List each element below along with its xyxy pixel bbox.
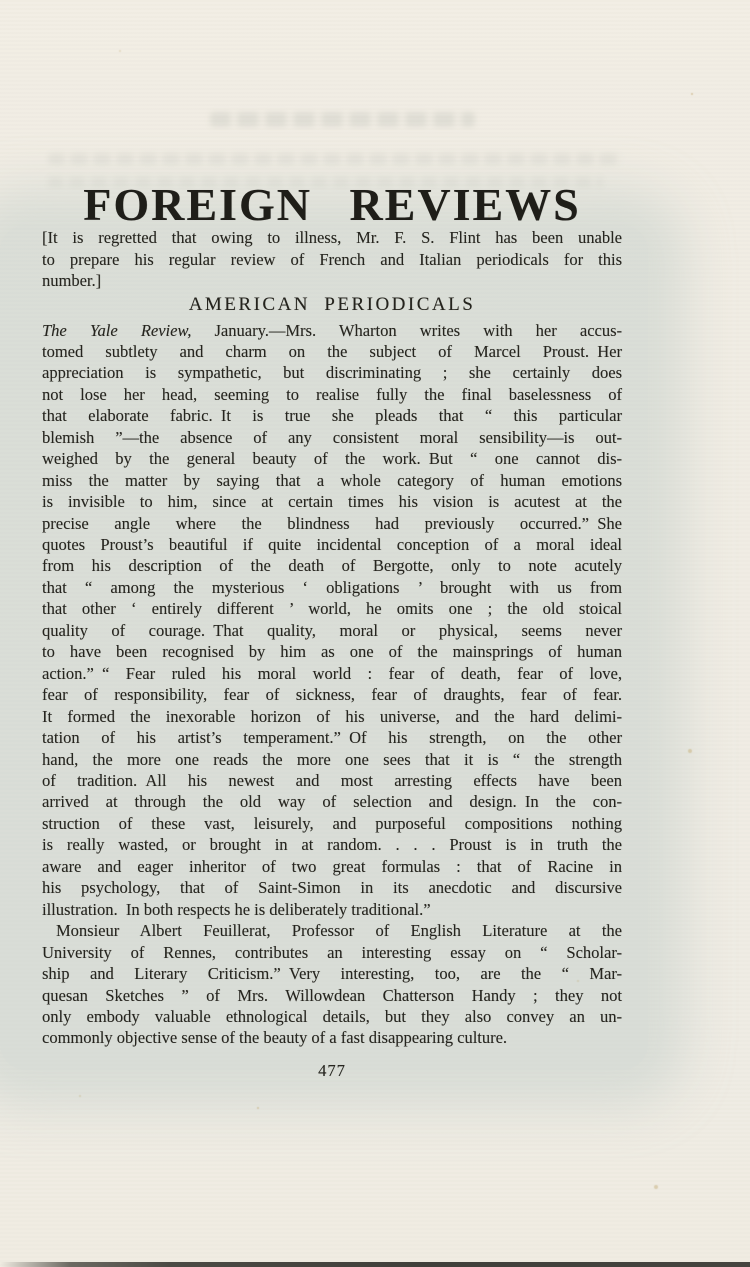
text-line: ship and Literary Criticism.” Very inter… (42, 963, 622, 984)
text-line: weighed by the general beauty of the wor… (42, 448, 622, 469)
show-through-heading (210, 112, 475, 127)
text-line: his psychology, that of Saint-Simon in i… (42, 877, 622, 898)
text-line: number.] (42, 270, 622, 292)
text-line: It formed the inexorable horizon of his … (42, 706, 622, 727)
text-line: quality of courage. That quality, moral … (42, 620, 622, 641)
text-line: aware and eager inheritor of two great f… (42, 856, 622, 877)
text-line: quesan Sketches ” of Mrs. Willowdean Cha… (42, 985, 622, 1006)
text-line: University of Rennes, contributes an int… (42, 942, 622, 963)
text-line: action.” “ Fear ruled his moral world : … (42, 663, 622, 684)
text-line: fear of responsibility, fear of sickness… (42, 684, 622, 705)
text-line: is invisible to him, since at certain ti… (42, 491, 622, 512)
text-line: struction of these vast, leisurely, and … (42, 813, 622, 834)
text-line: blemish ”—the absence of any consistent … (42, 427, 622, 448)
editorial-note: [It is regretted that owing to illness, … (42, 227, 622, 292)
text-line: illustration. In both respects he is del… (42, 899, 622, 920)
yale-review-paragraph: The Yale Review, January.—Mrs. Wharton w… (42, 320, 622, 921)
journal-title-italic: The Yale Review, (42, 321, 191, 340)
paragraph-lead-line: The Yale Review, January.—Mrs. Wharton w… (42, 320, 622, 341)
page-number: 477 (42, 1061, 622, 1081)
text-line: [It is regretted that owing to illness, … (42, 227, 622, 249)
text-line: quotes Proust’s beautiful if quite incid… (42, 534, 622, 555)
text-line: from his description of the death of Ber… (42, 555, 622, 576)
text-line: that other ‘ entirely different ’ world,… (42, 598, 622, 619)
text-line: tation of his artist’s temperament.” Of … (42, 727, 622, 748)
text-line: that elaborate fabric. It is true she pl… (42, 405, 622, 426)
text-line: of tradition. All his newest and most ar… (42, 770, 622, 791)
feuillerat-paragraph: Monsieur Albert Feuillerat, Professor of… (42, 920, 622, 1049)
text-line: is really wasted, or brought in at rando… (42, 834, 622, 855)
page-title: FOREIGN REVIEWS (42, 183, 622, 227)
text-line: precise angle where the blindness had pr… (42, 513, 622, 534)
paper-specks (0, 0, 2, 2)
text-line: miss the matter by saying that a whole c… (42, 470, 622, 491)
text-line: Monsieur Albert Feuillerat, Professor of… (42, 920, 622, 941)
text-line: appreciation is sympathetic, but discrim… (42, 362, 622, 383)
text-line: to prepare his regular review of French … (42, 249, 622, 271)
text-line: tomed subtlety and charm on the subject … (42, 341, 622, 362)
paragraph-body-lines: tomed subtlety and charm on the subject … (42, 341, 622, 920)
scan-edge (0, 1262, 750, 1267)
show-through-text-line (48, 153, 623, 165)
text-line: that “ among the mysterious ‘ obligation… (42, 577, 622, 598)
lead-line-rest: January.—Mrs. Wharton writes with her ac… (191, 321, 622, 340)
text-line: commonly objective sense of the beauty o… (42, 1027, 622, 1048)
text-line: arrived at through the old way of select… (42, 791, 622, 812)
text-line: not lose her head, seeming to realise fu… (42, 384, 622, 405)
text-line: to have been recognised by him as one of… (42, 641, 622, 662)
text-line: hand, the more one reads the more one se… (42, 749, 622, 770)
scanned-book-page: FOREIGN REVIEWS [It is regretted that ow… (0, 0, 750, 1267)
section-heading: AMERICAN PERIODICALS (42, 294, 622, 316)
text-line: only embody valuable ethnological detail… (42, 1006, 622, 1027)
page-content: FOREIGN REVIEWS [It is regretted that ow… (42, 183, 622, 1081)
